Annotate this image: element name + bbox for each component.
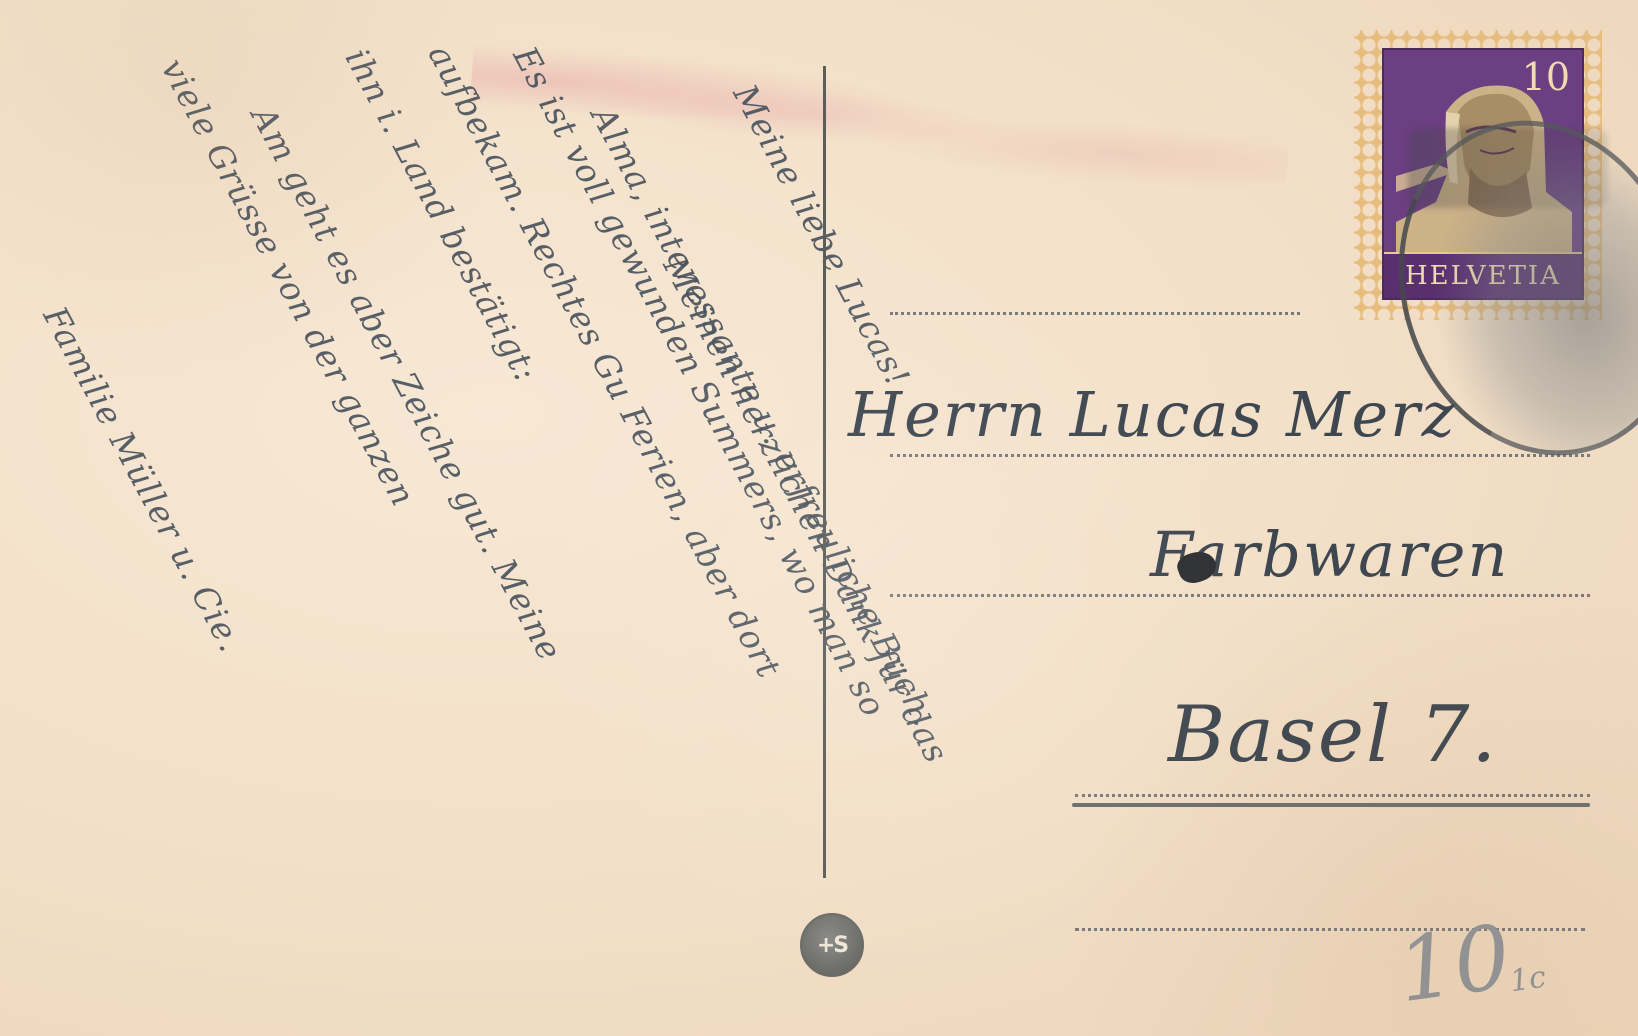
stamp-value: 10 [1522,58,1570,96]
center-divider [823,66,826,878]
address-line-5-guide [1075,928,1585,931]
address-line-2-guide [890,454,1590,457]
postcard: Meine liebe Lucas! Meinen herzlichen Dan… [0,0,1638,1036]
swiss-cross-logo-icon: +S [800,913,864,977]
recipient-city: Basel 7. [1168,690,1498,780]
address-line-4-guide [1075,794,1590,797]
pencil-note: 10 [1391,905,1516,1023]
address-line-1-guide [890,312,1300,315]
recipient-name: Herrn Lucas Merz [848,378,1456,451]
address-line-3-guide [890,594,1590,597]
pencil-note-suffix: 1c [1508,960,1548,1000]
address-underline [1072,803,1590,807]
message-signature: Familie Müller u. Cie. [36,300,251,659]
